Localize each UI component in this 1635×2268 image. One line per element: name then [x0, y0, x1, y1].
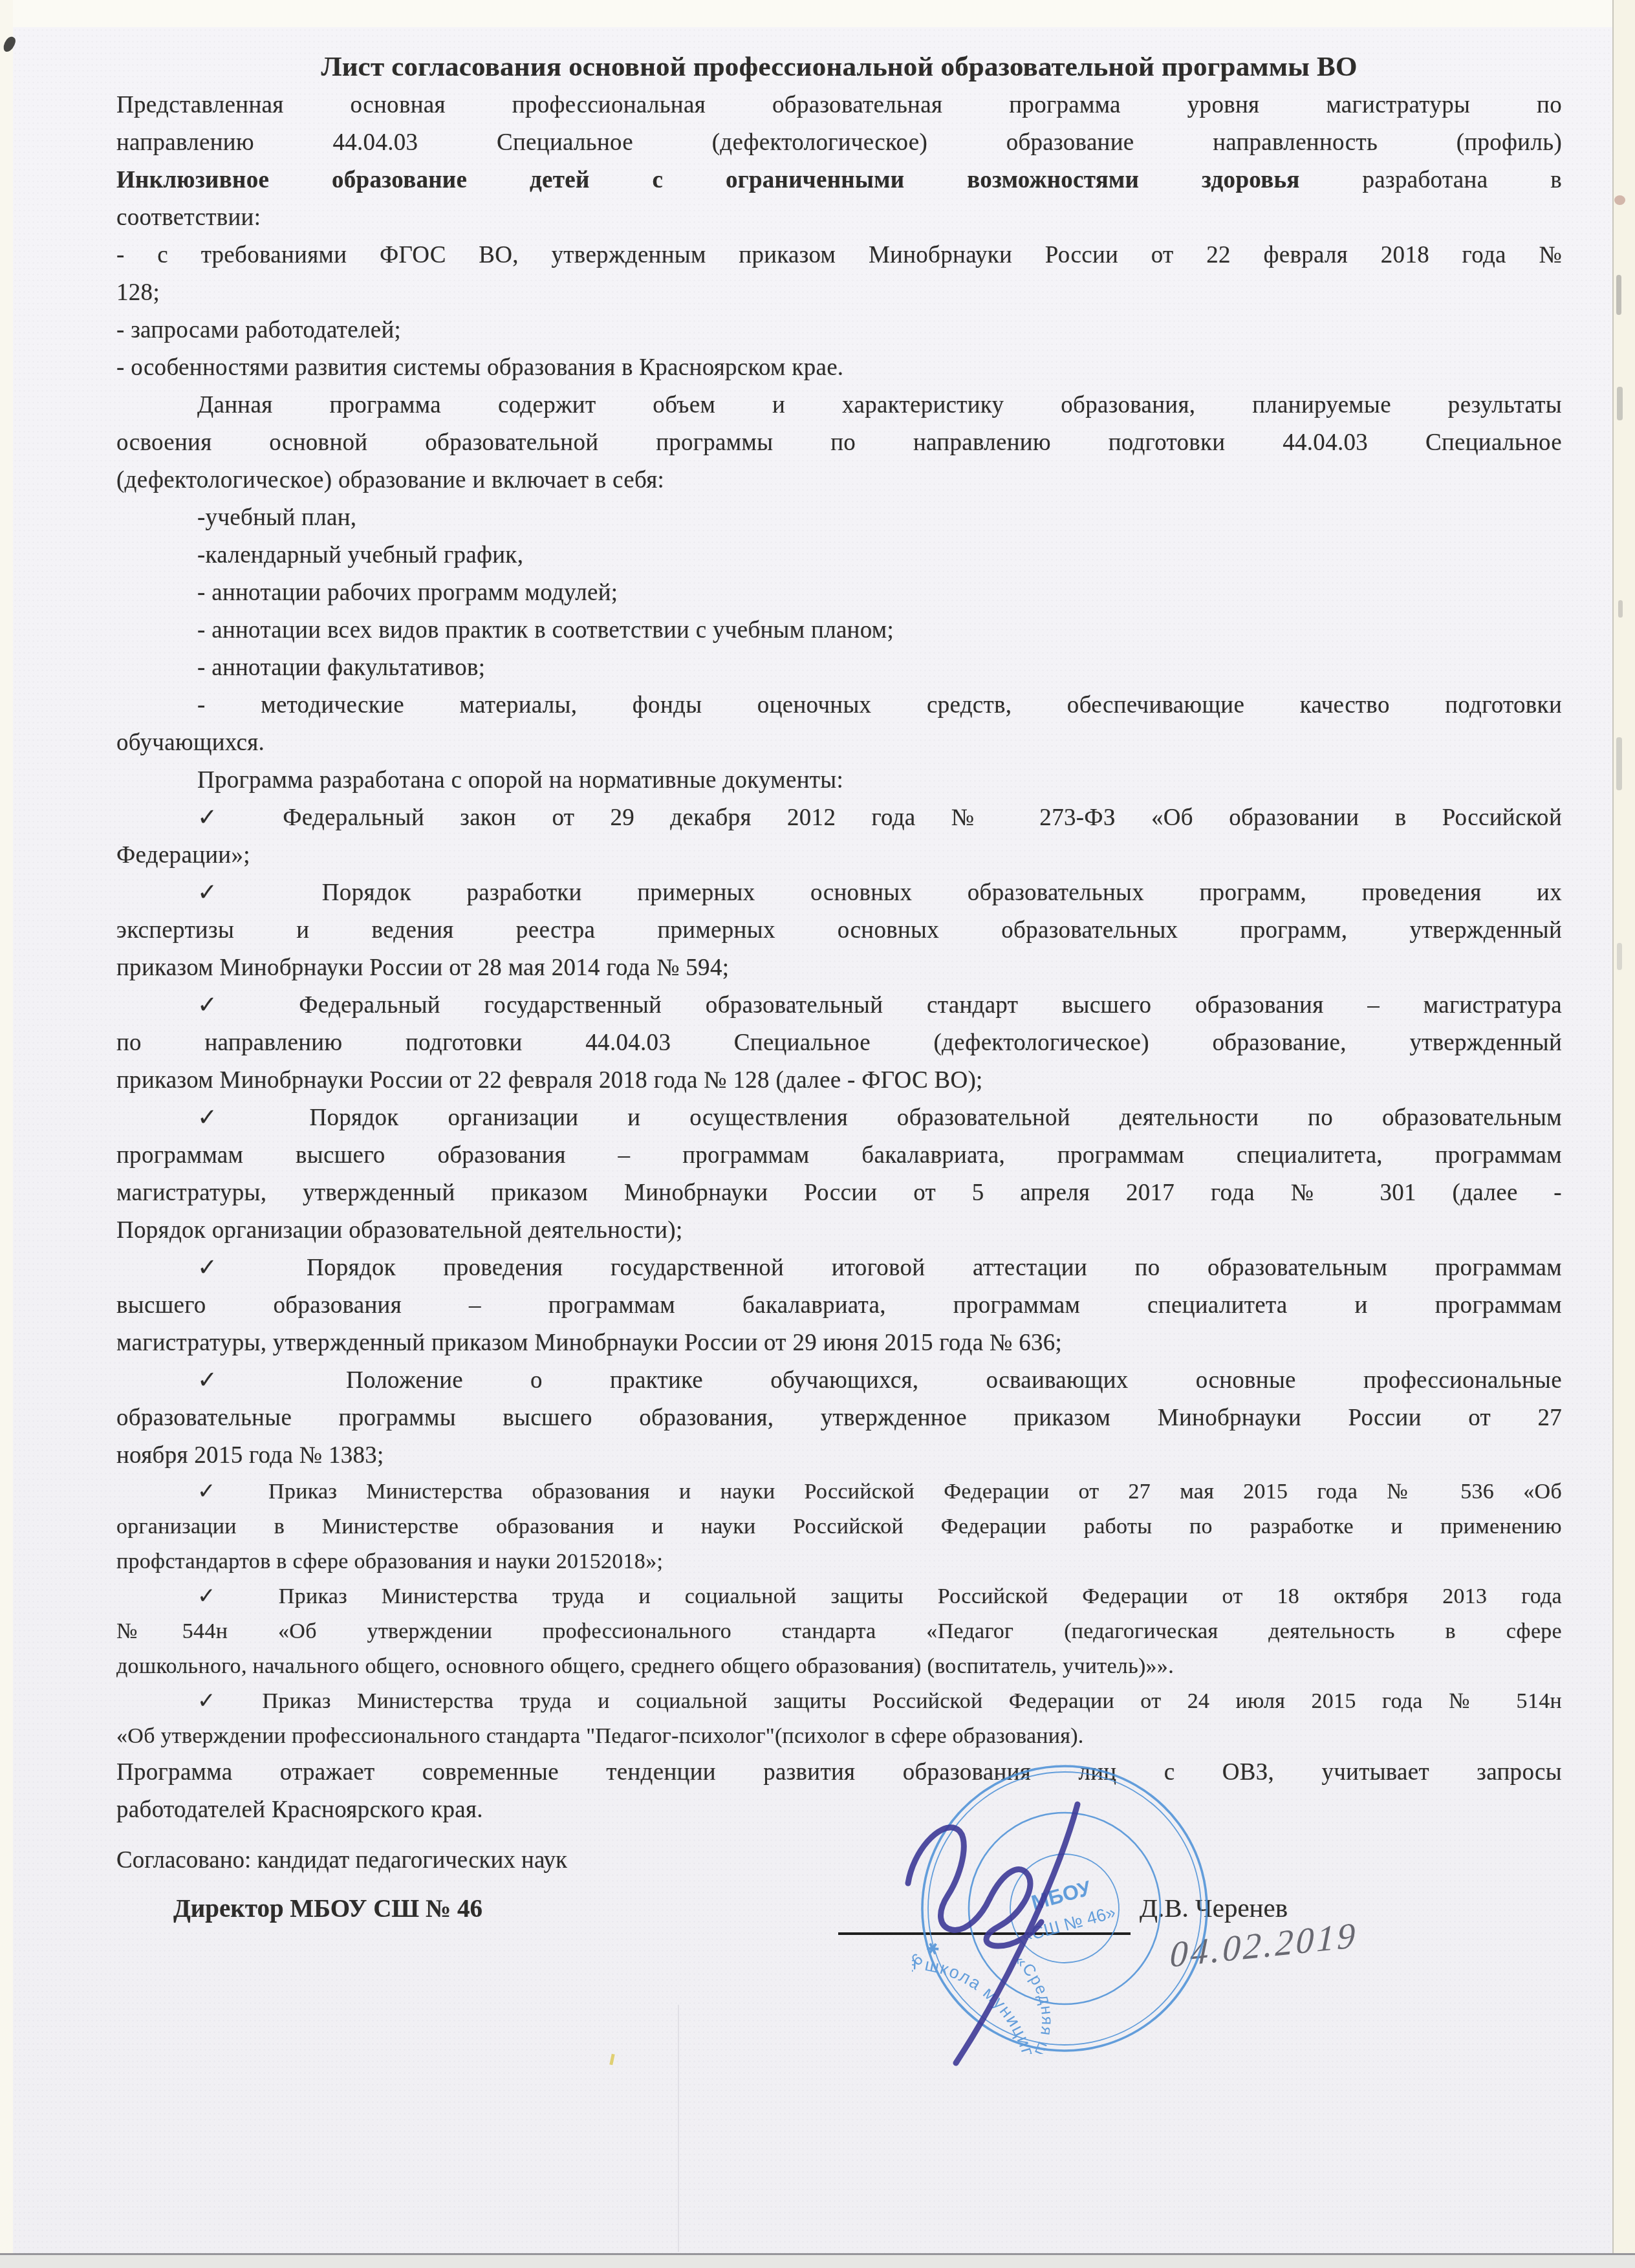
- document-title: Лист согласования основной профессиональ…: [116, 48, 1562, 87]
- bold-program-name: Инклюзивное образование детей с ограниче…: [116, 167, 1300, 193]
- doc-line: приказом Минобрнауки России от 22 феврал…: [116, 1062, 1562, 1099]
- doc-line: - аннотации рабочих программ модулей;: [116, 574, 1562, 612]
- scan-artifact: [1617, 943, 1622, 970]
- scan-edge-top: [0, 0, 1635, 27]
- doc-line: ✓ Приказ Министерства труда и социальной…: [116, 1684, 1562, 1719]
- doc-line: ✓ Порядок организации и осуществления об…: [116, 1099, 1562, 1137]
- doc-line: работодателей Красноярского края.: [116, 1791, 1562, 1829]
- doc-line: приказом Минобрнауки России от 28 мая 20…: [116, 949, 1562, 987]
- doc-line: Программа отражает современные тенденции…: [116, 1754, 1562, 1791]
- doc-line: - особенностями развития системы образов…: [116, 349, 1562, 387]
- doc-line: образовательные программы высшего образо…: [116, 1399, 1562, 1437]
- signature-stroke-ch: [908, 1828, 990, 1930]
- scan-artifact: [1616, 737, 1622, 790]
- doc-line: №544н «Об утверждении профессионального …: [116, 1614, 1562, 1649]
- doc-line: ноября 2015 года № 1383;: [116, 1437, 1562, 1474]
- signature-stroke-loop: [986, 1870, 1041, 1946]
- doc-line: «Об утверждении профессионального станда…: [116, 1719, 1562, 1754]
- doc-line: организации в Министерстве образования и…: [116, 1509, 1562, 1544]
- doc-line: - с требованиями ФГОС ВО, утвержденным п…: [116, 237, 1562, 274]
- scan-edge-left: [0, 0, 13, 2268]
- doc-line-text: разработана в: [1300, 167, 1562, 193]
- doc-line: освоения основной образовательной програ…: [116, 424, 1562, 462]
- doc-line: -учебный план,: [116, 499, 1562, 537]
- doc-line: ✓ Федеральный государственный образовате…: [116, 987, 1562, 1024]
- doc-line: Представленная основная профессиональная…: [116, 87, 1562, 124]
- scan-artifact: [1618, 600, 1623, 618]
- doc-line: Федерации»;: [116, 837, 1562, 874]
- doc-line: - аннотации факультативов;: [116, 649, 1562, 687]
- doc-line: профстандартов в сфере образования и нау…: [116, 1544, 1562, 1579]
- doc-line: Порядок организации образовательной деят…: [116, 1212, 1562, 1249]
- scan-edge-right: [1612, 0, 1635, 2268]
- doc-line: магистратуры, утвержденный приказом Мино…: [116, 1174, 1562, 1212]
- doc-line: (дефектологическое) образование и включа…: [116, 462, 1562, 499]
- doc-line: - методические материалы, фонды оценочны…: [116, 687, 1562, 724]
- doc-line: магистратуры, утвержденный приказом Мино…: [116, 1324, 1562, 1362]
- doc-line: ✓ Положение о практике обучающихся, осва…: [116, 1362, 1562, 1399]
- document-content: Лист согласования основной профессиональ…: [116, 48, 1562, 1829]
- doc-line: Программа разработана с опорой на нормат…: [116, 762, 1562, 799]
- scan-artifact: [1614, 195, 1625, 205]
- scan-artifact: [1617, 387, 1623, 420]
- doc-line: направлению 44.04.03 Специальное (дефект…: [116, 124, 1562, 162]
- scanned-document: Лист согласования основной профессиональ…: [0, 0, 1635, 2268]
- signature-stroke-tail: [956, 1804, 1077, 2063]
- doc-line: экспертизы и ведения реестра примерных о…: [116, 912, 1562, 949]
- scan-edge-bottom: [0, 2253, 1635, 2268]
- doc-line: дошкольного, начального общего, основног…: [116, 1649, 1562, 1684]
- doc-line: ✓ Порядок проведения государственной ито…: [116, 1249, 1562, 1287]
- doc-line: по направлению подготовки 44.04.03 Специ…: [116, 1024, 1562, 1062]
- doc-line: 128;: [116, 274, 1562, 312]
- doc-line: Данная программа содержит объем и характ…: [116, 387, 1562, 424]
- doc-line: обучающихся.: [116, 724, 1562, 762]
- doc-line: ✓ Порядок разработки примерных основных …: [116, 874, 1562, 912]
- doc-line: высшего образования – программам бакалав…: [116, 1287, 1562, 1324]
- doc-line: соответствии:: [116, 199, 1562, 237]
- document-body: Представленная основная профессиональная…: [116, 87, 1562, 1829]
- doc-line: -календарный учебный график,: [116, 537, 1562, 574]
- scan-artifact: [678, 2005, 679, 2252]
- agreed-line: Согласовано: кандидат педагогических нау…: [116, 1842, 1562, 1879]
- doc-line: - запросами работодателей;: [116, 312, 1562, 349]
- doc-line: ✓ Федеральный закон от 29 декабря 2012 г…: [116, 799, 1562, 837]
- doc-line: ✓ Приказ Министерства образования и наук…: [116, 1474, 1562, 1509]
- doc-line: Инклюзивное образование детей с ограниче…: [116, 162, 1562, 199]
- doc-line: ✓ Приказ Министерства труда и социальной…: [116, 1579, 1562, 1614]
- doc-line: - аннотации всех видов практик в соответ…: [116, 612, 1562, 649]
- doc-line: программам высшего образования – програм…: [116, 1137, 1562, 1174]
- scan-artifact: [1616, 275, 1621, 315]
- director-signature: [886, 1788, 1112, 2073]
